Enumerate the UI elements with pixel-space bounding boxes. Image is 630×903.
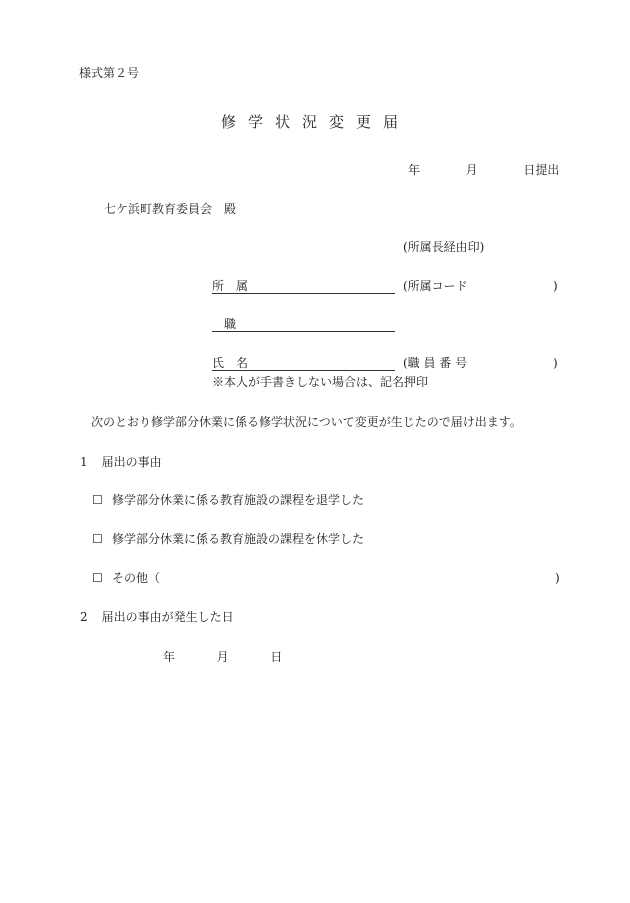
section-1-title: 届出の事由 xyxy=(102,455,162,469)
position-label: 職 xyxy=(224,317,236,331)
affiliation-code-close: ) xyxy=(553,279,558,293)
reason-option-withdrawn[interactable]: ☐修学部分休業に係る教育施設の課程を退学した xyxy=(92,493,364,507)
name-label: 氏 名 xyxy=(212,356,248,370)
affiliation-label: 所 属 xyxy=(212,279,248,293)
reason-option-label: 修学部分休業に係る教育施設の課程を休学した xyxy=(112,532,364,546)
occurrence-date: 年 月 日 xyxy=(163,650,282,664)
intro-text: 次のとおり修学部分休業に係る修学状況について変更が生じたので届け出ます。 xyxy=(91,415,522,429)
submit-month-label: 月 xyxy=(466,163,478,177)
section-1-number: 1 xyxy=(80,455,88,469)
submission-date: 年 月 日提出 xyxy=(408,163,559,177)
section-2-heading: 2届出の事由が発生した日 xyxy=(80,610,234,624)
affiliation-code-label: (所属コード xyxy=(403,279,468,293)
reason-option-label: その他（ xyxy=(112,571,160,585)
occurrence-year-label: 年 xyxy=(163,650,175,664)
submit-day-label: 日提出 xyxy=(523,163,559,177)
other-reason-close: ) xyxy=(555,571,560,585)
document-title: 修学状況変更届 xyxy=(221,113,410,131)
occurrence-month-label: 月 xyxy=(217,650,229,664)
signature-note: ※本人が手書きしない場合は、記名押印 xyxy=(212,375,428,389)
reason-option-label: 修学部分休業に係る教育施設の課程を退学した xyxy=(112,493,364,507)
section-2-number: 2 xyxy=(80,610,88,624)
occurrence-day-label: 日 xyxy=(270,650,282,664)
staff-number-label: (職 員 番 号 xyxy=(403,356,467,370)
name-field[interactable]: 氏 名 xyxy=(212,356,395,371)
checkbox-icon[interactable]: ☐ xyxy=(92,493,112,507)
reason-option-leave[interactable]: ☐修学部分休業に係る教育施設の課程を休学した xyxy=(92,532,364,546)
form-number: 様式第２号 xyxy=(79,66,139,80)
affiliation-field[interactable]: 所 属 xyxy=(212,279,395,294)
supervisor-seal-note: (所属長経由印) xyxy=(403,240,484,254)
submit-year-label: 年 xyxy=(408,163,420,177)
reason-option-other[interactable]: ☐その他（ xyxy=(92,571,160,585)
staff-number-close: ) xyxy=(553,356,558,370)
addressee: 七ケ浜町教育委員会 殿 xyxy=(104,202,236,216)
section-2-title: 届出の事由が発生した日 xyxy=(102,610,234,624)
section-1-heading: 1届出の事由 xyxy=(80,455,162,469)
checkbox-icon[interactable]: ☐ xyxy=(92,571,112,585)
checkbox-icon[interactable]: ☐ xyxy=(92,532,112,546)
position-field[interactable]: 職 xyxy=(212,317,395,332)
